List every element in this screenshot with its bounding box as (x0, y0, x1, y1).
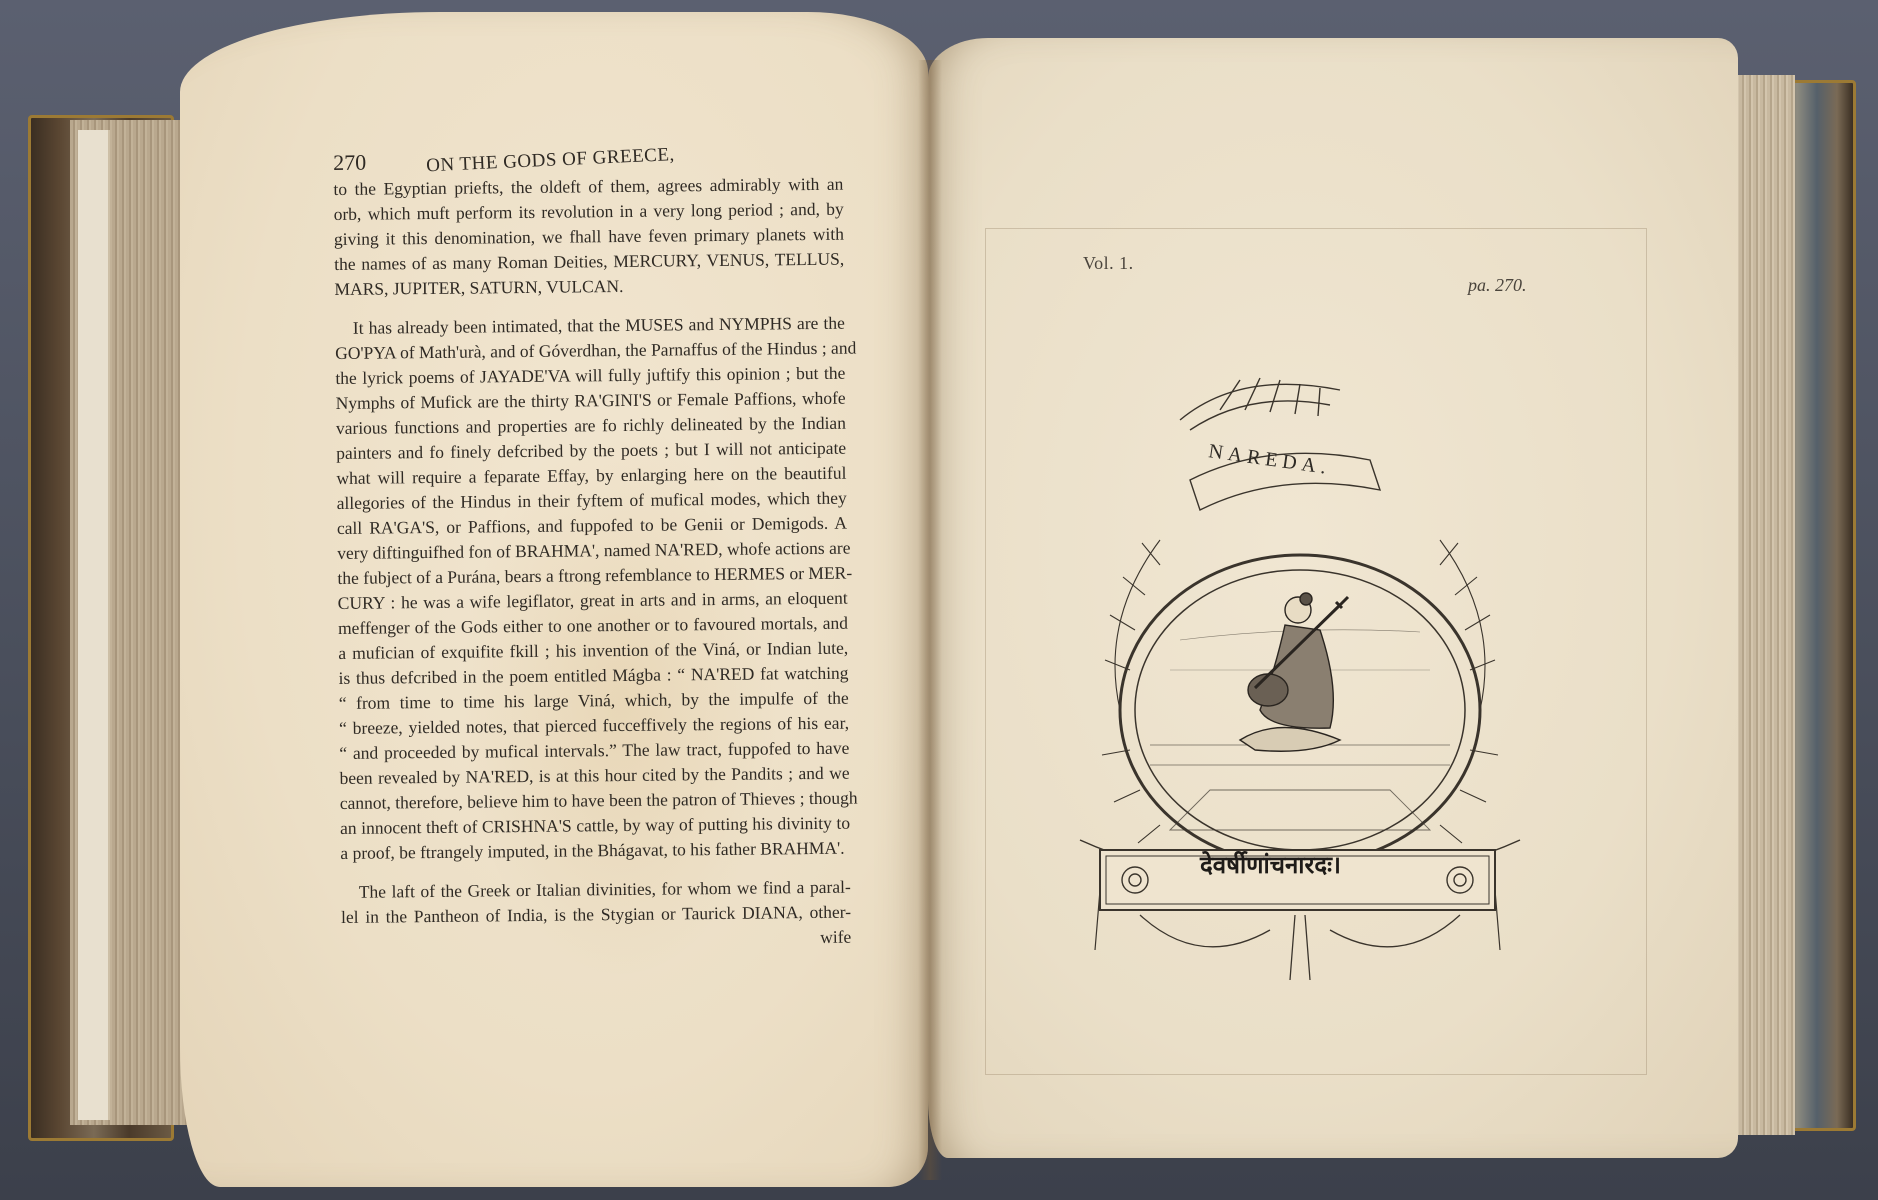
paragraph-3: The laft of the Greek or Italian divinit… (341, 875, 852, 955)
page-number: 270 (333, 150, 366, 175)
text-line: lel in the Pantheon of India, is the Sty… (341, 900, 851, 930)
book-gutter (918, 60, 942, 1180)
page-reference: pa. 270. (1468, 275, 1527, 296)
musician-figure-icon (1240, 593, 1340, 751)
paragraph-1: to the Egyptian priefts, the oldeft of t… (333, 172, 844, 302)
catchword: wife (341, 925, 851, 955)
paragraph-2: It has already been intimated, that the … (335, 311, 851, 866)
text-line: a proof, be ftrangely imputed, in the Bh… (340, 836, 850, 866)
left-page-text: 270 ON THE GODS OF GREECE, to the Egypti… (333, 145, 851, 955)
sanskrit-caption: देवर्षीणांचनारदः। (1200, 848, 1341, 881)
running-head: 270 ON THE GODS OF GREECE, (333, 145, 843, 175)
flyleaf (78, 130, 110, 1120)
volume-label: Vol. 1. (1083, 253, 1134, 274)
garland-icon (1140, 915, 1460, 980)
text-line: the names of as many Roman Deities, MERC… (334, 247, 844, 277)
text-line: MARS, JUPITER, SATURN, VULCAN. (334, 272, 844, 302)
palm-fronds-icon (1180, 378, 1340, 430)
